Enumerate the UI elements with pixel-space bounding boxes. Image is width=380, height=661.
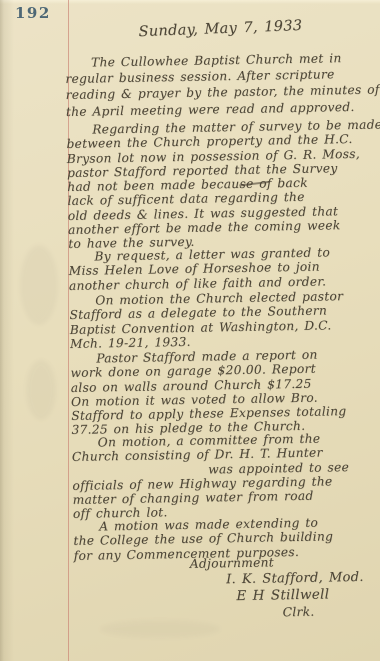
paragraph-highway-committee: On motion, a committee from theChurch co… xyxy=(72,430,380,521)
paragraph-expense-report: Pastor Stafford made a report onwork don… xyxy=(70,347,380,438)
ink-bleedthrough xyxy=(26,360,56,420)
ink-bleedthrough xyxy=(20,245,58,325)
closing-block: Adjournment I. K. Stafford, Mod. E H Sti… xyxy=(74,552,380,623)
ledger-page: 192 Sunday, May 7, 1933 The Cullowhee Ba… xyxy=(0,0,380,661)
page-binding-edge xyxy=(0,0,14,661)
paragraph-opening: The Cullowhee Baptist Church met inregul… xyxy=(65,50,378,120)
date-heading: Sunday, May 7, 1933 xyxy=(64,13,380,42)
page-number: 192 xyxy=(15,4,51,22)
paragraph-convention-delegate: On motion the Church elected pastorStaff… xyxy=(69,289,380,352)
paragraph-letter-of-dismissal: By request, a letter was granted toMiss … xyxy=(68,245,380,293)
manuscript-text: Sunday, May 7, 1933 The Cullowhee Baptis… xyxy=(64,0,380,661)
paragraph-survey: Regarding the matter of survey to be mad… xyxy=(66,118,380,252)
